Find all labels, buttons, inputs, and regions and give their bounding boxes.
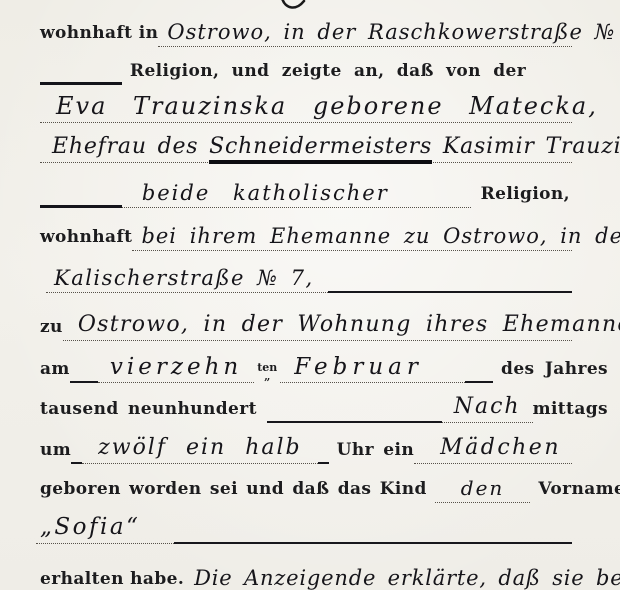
printed-label-des-jahres: des Jahres (493, 357, 608, 383)
form-line-year-daypart: tausend neunhundert Nach mittags (40, 389, 608, 423)
handwritten-child-name: „Sofia“ (36, 512, 174, 544)
form-line-religion-both: beide katholischer Religion, (40, 174, 570, 208)
handwritten-daypart: Nach (442, 392, 533, 423)
form-line-time-sex: um zwölf ein halb Uhr ein Mädchen (40, 430, 572, 464)
handwritten-closing-declaration: Die Anzeigende erklärte, daß sie bei der (184, 561, 572, 590)
blank-rule (328, 291, 572, 293)
handwritten-husband-occupation: Schneidermeisters (209, 134, 432, 164)
blank-rule (267, 421, 442, 423)
blank-rule (174, 542, 572, 544)
form-line-birthdate: am vierzehn ten „ Februar des Jahres (40, 349, 608, 383)
form-line-child-name: „Sofia“ (36, 510, 572, 544)
form-line-birthplace: zu Ostrowo, in der Wohnung ihres Ehemann… (40, 307, 572, 341)
handwritten-child-sex: Mädchen (414, 433, 572, 464)
printed-label-um: um (40, 438, 71, 464)
printed-religion-clause: Religion, und zeigte an, daß von der (122, 59, 608, 85)
printed-label-erhalten-habe: erhalten habe. (40, 564, 184, 590)
handwritten-husband-name: Kasimir Trauzinski, (432, 134, 620, 159)
printed-label-zu: zu (40, 315, 63, 341)
printed-label-residence: wohnhaft in (40, 21, 158, 47)
printed-ten-quote-mark: „ (264, 372, 270, 381)
handwritten-residence-mother: bei ihrem Ehemanne zu Ostrowo, in der (132, 222, 572, 251)
form-line-mother-name: Eva Trauzinska geborene Matecka, (40, 89, 572, 123)
form-line-residence-informant: wohnhaft in Ostrowo, in der Raschkowerst… (40, 13, 572, 47)
handwritten-birth-month: Februar (280, 352, 465, 383)
handwritten-street: Kalischerstraße № 7, (46, 264, 328, 293)
handwritten-mother-husband: Ehefrau des Schneidermeisters Kasimir Tr… (40, 132, 572, 163)
handwritten-residence-informant: Ostrowo, in der Raschkowerstraße № 31, (158, 18, 572, 47)
form-line-street: Kalischerstraße № 7, (46, 259, 572, 293)
blank-rule (70, 381, 98, 383)
handwritten-religion-both: beide katholischer (122, 179, 471, 208)
printed-label-vornamen: Vornamen (530, 477, 620, 503)
blank-rule (40, 205, 122, 208)
handwritten-article-den: den (435, 474, 531, 503)
document-page: wohnhaft in Ostrowo, in der Raschkowerst… (0, 0, 620, 590)
form-line-religion-clause: Religion, und zeigte an, daß von der (40, 51, 608, 85)
handwritten-birthplace: Ostrowo, in der Wohnung ihres Ehemannes (63, 310, 572, 341)
form-line-closing: erhalten habe. Die Anzeigende erklärte, … (40, 556, 572, 590)
handwritten-birth-day: vierzehn (98, 352, 254, 383)
printed-label-religion: Religion, (471, 182, 570, 208)
printed-label-uhr-ein: Uhr ein (329, 438, 415, 464)
blank-rule (465, 381, 493, 383)
handwritten-birth-time: zwölf ein halb (82, 433, 317, 464)
form-line-child-clause: geboren worden sei und daß das Kind den … (40, 469, 608, 503)
printed-label-mittags: mittags (533, 397, 608, 423)
form-line-mother-husband: Ehefrau des Schneidermeisters Kasimir Tr… (40, 129, 572, 163)
handwritten-mother-name: Eva Trauzinska geborene Matecka, (40, 90, 572, 123)
printed-child-clause: geboren worden sei und daß das Kind (40, 477, 427, 503)
printed-label-am: am (40, 357, 70, 383)
ink-stroke-remnant (280, 0, 306, 13)
printed-label-wohnhaft: wohnhaft (40, 225, 132, 251)
printed-ordinal-suffix: ten „ (254, 363, 280, 383)
blank-rule (71, 462, 82, 464)
blank-rule (40, 82, 122, 85)
blank-rule (318, 462, 329, 464)
form-line-residence-mother: wohnhaft bei ihrem Ehemanne zu Ostrowo, … (40, 217, 572, 251)
handwritten-husband-prefix: Ehefrau des (52, 134, 209, 159)
printed-label-year: tausend neunhundert (40, 397, 257, 423)
